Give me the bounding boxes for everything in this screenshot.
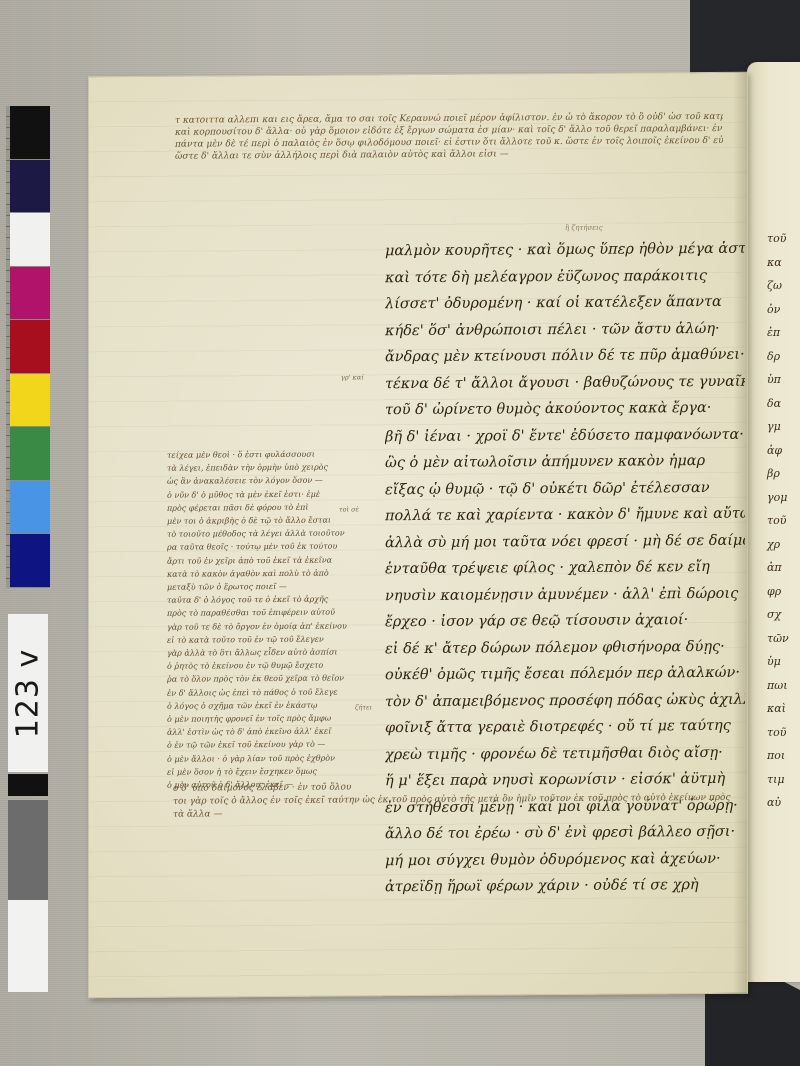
facing-page-line: δα [767,397,781,410]
text-line: τοῦ δ' ὠρίνετο θυμὸς ἀκούοντος κακὰ ἔργα… [385,400,745,429]
bottom-scholia: ὁ δ' ὑπὸ δαίμονος ἔλαβεν · ἐν τοῦ ὅλου τ… [173,779,733,822]
text-line: μαλμὸν κουρῆτες · καὶ ὅμως ὕπερ ἠθὸν μέγ… [385,241,745,270]
scholia-line: τὸ τοιοῦτο μέθοδος τὰ λέγει ἀλλὰ τοιοῦτο… [167,527,347,541]
facing-page-line: ἀφ [767,444,782,457]
text-line: κήδε' ὅσ' ἀνθρώποισι πέλει · τῶν ἄστυ ἁλ… [385,320,745,349]
color-calibration-strip [6,106,50,588]
facing-page-line: γομ [767,491,787,504]
scholia-line: ταῦτα δ' ὁ λόγος τοῦ τε ὁ ἐκεῖ τὸ ἀρχῆς [167,593,347,607]
text-line: ἄλλο δέ τοι ἐρέω · σὺ δ' ἐνὶ φρεσὶ βάλλε… [385,824,745,853]
scholia-line: ῥα τὸ ὅλον πρὸς τὸν ἐκ θεοῦ χεῖρα τὸ θεῖ… [167,672,347,686]
scholia-line: μεταξὺ τῶν ὁ ἔρωτος ποιεῖ — [167,580,347,594]
text-line: καὶ τότε δὴ μελέαγρον ἐΰζωνος παράκοιτις [385,267,745,296]
facing-page-line: ἀπ [767,561,782,574]
scholia-line: τὰ λέγει, ἐπειδὰν τὴν ὁρμὴν ὑπὸ χειρὸς [167,461,347,475]
text-line: εἴξας ᾧ θυμῷ · τῷ δ' οὐκέτι δῶρ' ἐτέλεσσ… [385,479,745,508]
side-scholia: τείχεα μὲν θεοὶ · ὅ ἐστι φυλάσσουσιτὰ λέ… [167,447,347,792]
scholia-line: ὁ μὲν ἄλλοι · ὁ γὰρ λίαν τοῦ πρὸς ἐχθρὸν [167,751,347,765]
facing-page-line: πωι [767,679,788,692]
text-line: τέκνα δέ τ' ἄλλοι ἄγουσι · βαθυζώνους τε… [385,373,745,402]
text-line: νηυσὶν καιομένῃσιν ἀμυνέμεν · ἀλλ' ἐπὶ δ… [385,585,745,614]
facing-page-line: ὑπ [767,373,781,386]
facing-page-line: φρ [767,585,781,598]
top-scholia: τ κατοιττα αλλεπι και εις ἄρεα, ἄμα το σ… [175,111,723,163]
color-patch-dark-blue [10,534,50,587]
text-line: ἐνταῦθα τρέψειε φίλος · χαλεπὸν δέ κεν ε… [385,559,745,588]
color-patch-green [10,427,50,480]
facing-page-line: σχ [767,608,781,621]
text-line: ὣς ὁ μὲν αἰτωλοῖσιν ἀπήμυνεν κακὸν ἦμαρ [385,453,745,482]
text-line: χρεὼ τιμῆς · φρονέω δὲ τετιμῆσθαι διὸς α… [385,744,745,773]
text-line: βῆ δ' ἰέναι · χροῒ δ' ἔντε' ἐδύσετο παμφ… [385,426,745,455]
folio-number: 123 v [11,648,46,738]
scholia-line: μὲν τοι ὁ ἀκριβὴς ὁ δὲ τῷ τὸ ἄλλο ἔσται [167,514,347,528]
gray-patch-mid [8,800,48,900]
color-patch-yellow [10,374,50,427]
facing-page-line: τοῦ [767,514,786,527]
scholia-line: ὡς ἂν ἀνακαλέσειε τὸν λόγον ὅσον — [167,474,347,488]
facing-page-line: ζω [767,279,782,292]
gray-patch-black [8,774,48,796]
gray-patch-white [8,900,48,992]
facing-page-line: δρ [767,350,780,363]
folio-label-strip: 123 v [8,614,48,992]
color-patch-black [10,106,50,159]
scholia-line: γὰρ τοῦ τε δὲ τὸ ὄργον ἐν ὁμοίᾳ ἀπ' ἐκεί… [167,619,347,633]
text-line: μή μοι σύγχει θυμὸν ὀδυρόμενος καὶ ἀχεύω… [385,850,745,879]
scholia-line: τείχεα μὲν θεοὶ · ὅ ἐστι φυλάσσουσι [167,447,347,461]
text-line: πολλά τε καὶ χαρίεντα · κακὸν δ' ἤμυνε κ… [385,506,745,535]
text-line: τὸν δ' ἀπαμειβόμενος προσέφη πόδας ὠκὺς … [385,691,745,720]
scholia-line: ὁ μὲν ποιητὴς φρονεῖ ἐν τοῖς πρὸς ἄμφω [167,712,347,726]
folio-label-card: 123 v [8,614,48,772]
text-line: οὐκέθ' ὁμῶς τιμῆς ἔσεαι πόλεμόν περ ἀλαλ… [385,665,745,694]
manuscript-folio: τ κατοιττα αλλεπι και εις ἄρεα, ἄμα το σ… [88,72,748,999]
facing-page-line: τοῦ [767,726,786,739]
color-patch-white [10,213,50,266]
scholia-line: ὁ λόγος ὁ σχῆμα τῶν ἐκεῖ ἐν ἑκάστῳ [167,698,347,712]
scholia-line: κατὰ τὸ κακὸν ἀγαθὸν καὶ πολὺ τὸ ἀπὸ [167,566,347,580]
scholia-line: ρα ταῦτα θεοῖς · τούτῳ μὲν τοῦ ἐκ τούτου [167,540,347,554]
color-patch-light-blue [10,481,50,534]
scholia-line: πρὸς φέρεται πᾶσι δὲ φόρου τὸ ἐπὶ [167,500,347,514]
text-line: ἀλλὰ σὺ μή μοι ταῦτα νόει φρεσί · μὴ δέ … [385,532,745,561]
scholia-line: γὰρ ἀλλὰ τὸ ὅτι ἄλλως εἶδεν αὐτὸ ἀσπίσι [167,646,347,660]
facing-page-line: τῶν [767,632,789,645]
inner-margin-note: τοὶ σὲ [339,505,359,513]
color-patch-red [10,320,50,373]
scholia-line: ἀλλ' ἐστὶν ὡς τὸ δ' ἀπὸ ἐκεῖνο ἀλλ' ἐκεῖ [167,725,347,739]
facing-page-line: χρ [767,538,780,551]
facing-page-line: βρ [767,467,780,480]
facing-page-line: γμ [767,420,781,433]
inner-margin-note: γρ' καί [341,373,364,381]
scholia-line: ὁ νῦν δ' ὁ μῦθος τὰ μὲν ἐκεῖ ἐστι· ἐμὲ [167,487,347,501]
scholia-line: ὁ ἐν τῷ τῶν ἐκεῖ τοῦ ἐκείνου γὰρ τὸ — [167,738,347,752]
facing-page-line: ἐπ [767,326,780,339]
text-line: ἄνδρας μὲν κτείνουσι πόλιν δέ τε πῦρ ἀμα… [385,347,745,376]
scholia-line: ἄρτι τοῦ ἐν χεῖρι ἀπὸ τοῦ ἐκεῖ τὰ ἐκεῖνα [167,553,347,567]
scholia-line: ἐν δ' ἄλλοις ὡς ἐπεὶ τὸ πάθος ὁ τοῦ ἔλεγ… [167,685,347,699]
color-patch-navy [10,160,50,213]
facing-page-line: καὶ [767,702,786,715]
text-line: φοῖνιξ ἄττα γεραιὲ διοτρεφές · οὔ τί με … [385,718,745,747]
scholia-line: ὁ ῥητὸς τὸ ἐκείνου ἐν τῷ θυμῷ ἔσχετο [167,659,347,673]
scholia-line: εἰ μὲν ὅσον ἡ τὸ ἔχειν ἔσχηκεν ὅμως [167,764,347,778]
text-line: λίσσετ' ὀδυρομένη · καί οἱ κατέλεξεν ἅπα… [385,294,745,323]
facing-page-line: κα [767,256,782,269]
scholia-line: ὥστε δ' ἄλλαι τε σὺν ἀλλήλοις περὶ διὰ π… [175,147,723,163]
text-line: εἰ δέ κ' ἄτερ δώρων πόλεμον φθισήνορα δύ… [385,638,745,667]
inner-margin-note: ζήτει [355,703,372,711]
scholia-line: εἰ τὸ κατὰ τοῦτο τοῦ ἐν τῷ τοῦ ἔλεγεν [167,632,347,646]
facing-page-line: ὑμ [767,655,781,668]
facing-page-line: τιμ [767,773,785,786]
facing-page-line: τοῦ [767,232,786,245]
facing-page-line: ποι [767,749,785,762]
text-line: ἀτρεΐδῃ ἥρωϊ φέρων χάριν · οὐδέ τί σε χρ… [385,877,745,906]
color-patch-magenta [10,267,50,320]
facing-page-line: αὐ [767,796,781,809]
superscript-note: ἢ ζητήσεις [565,224,603,232]
scholia-line: πρὸς τὸ παραθέσθαι τοῦ ἐπιφέρειν αὐτοῦ [167,606,347,620]
text-line: ἔρχεο · ἶσον γάρ σε θεῷ τίσουσιν ἀχαιοί· [385,612,745,641]
facing-page-line: ὀν [767,303,780,316]
facing-page: τοῦκαζωὀνἐπδρὑπδαγμἀφβργομτοῦχρἀπφρσχτῶν… [747,62,800,982]
